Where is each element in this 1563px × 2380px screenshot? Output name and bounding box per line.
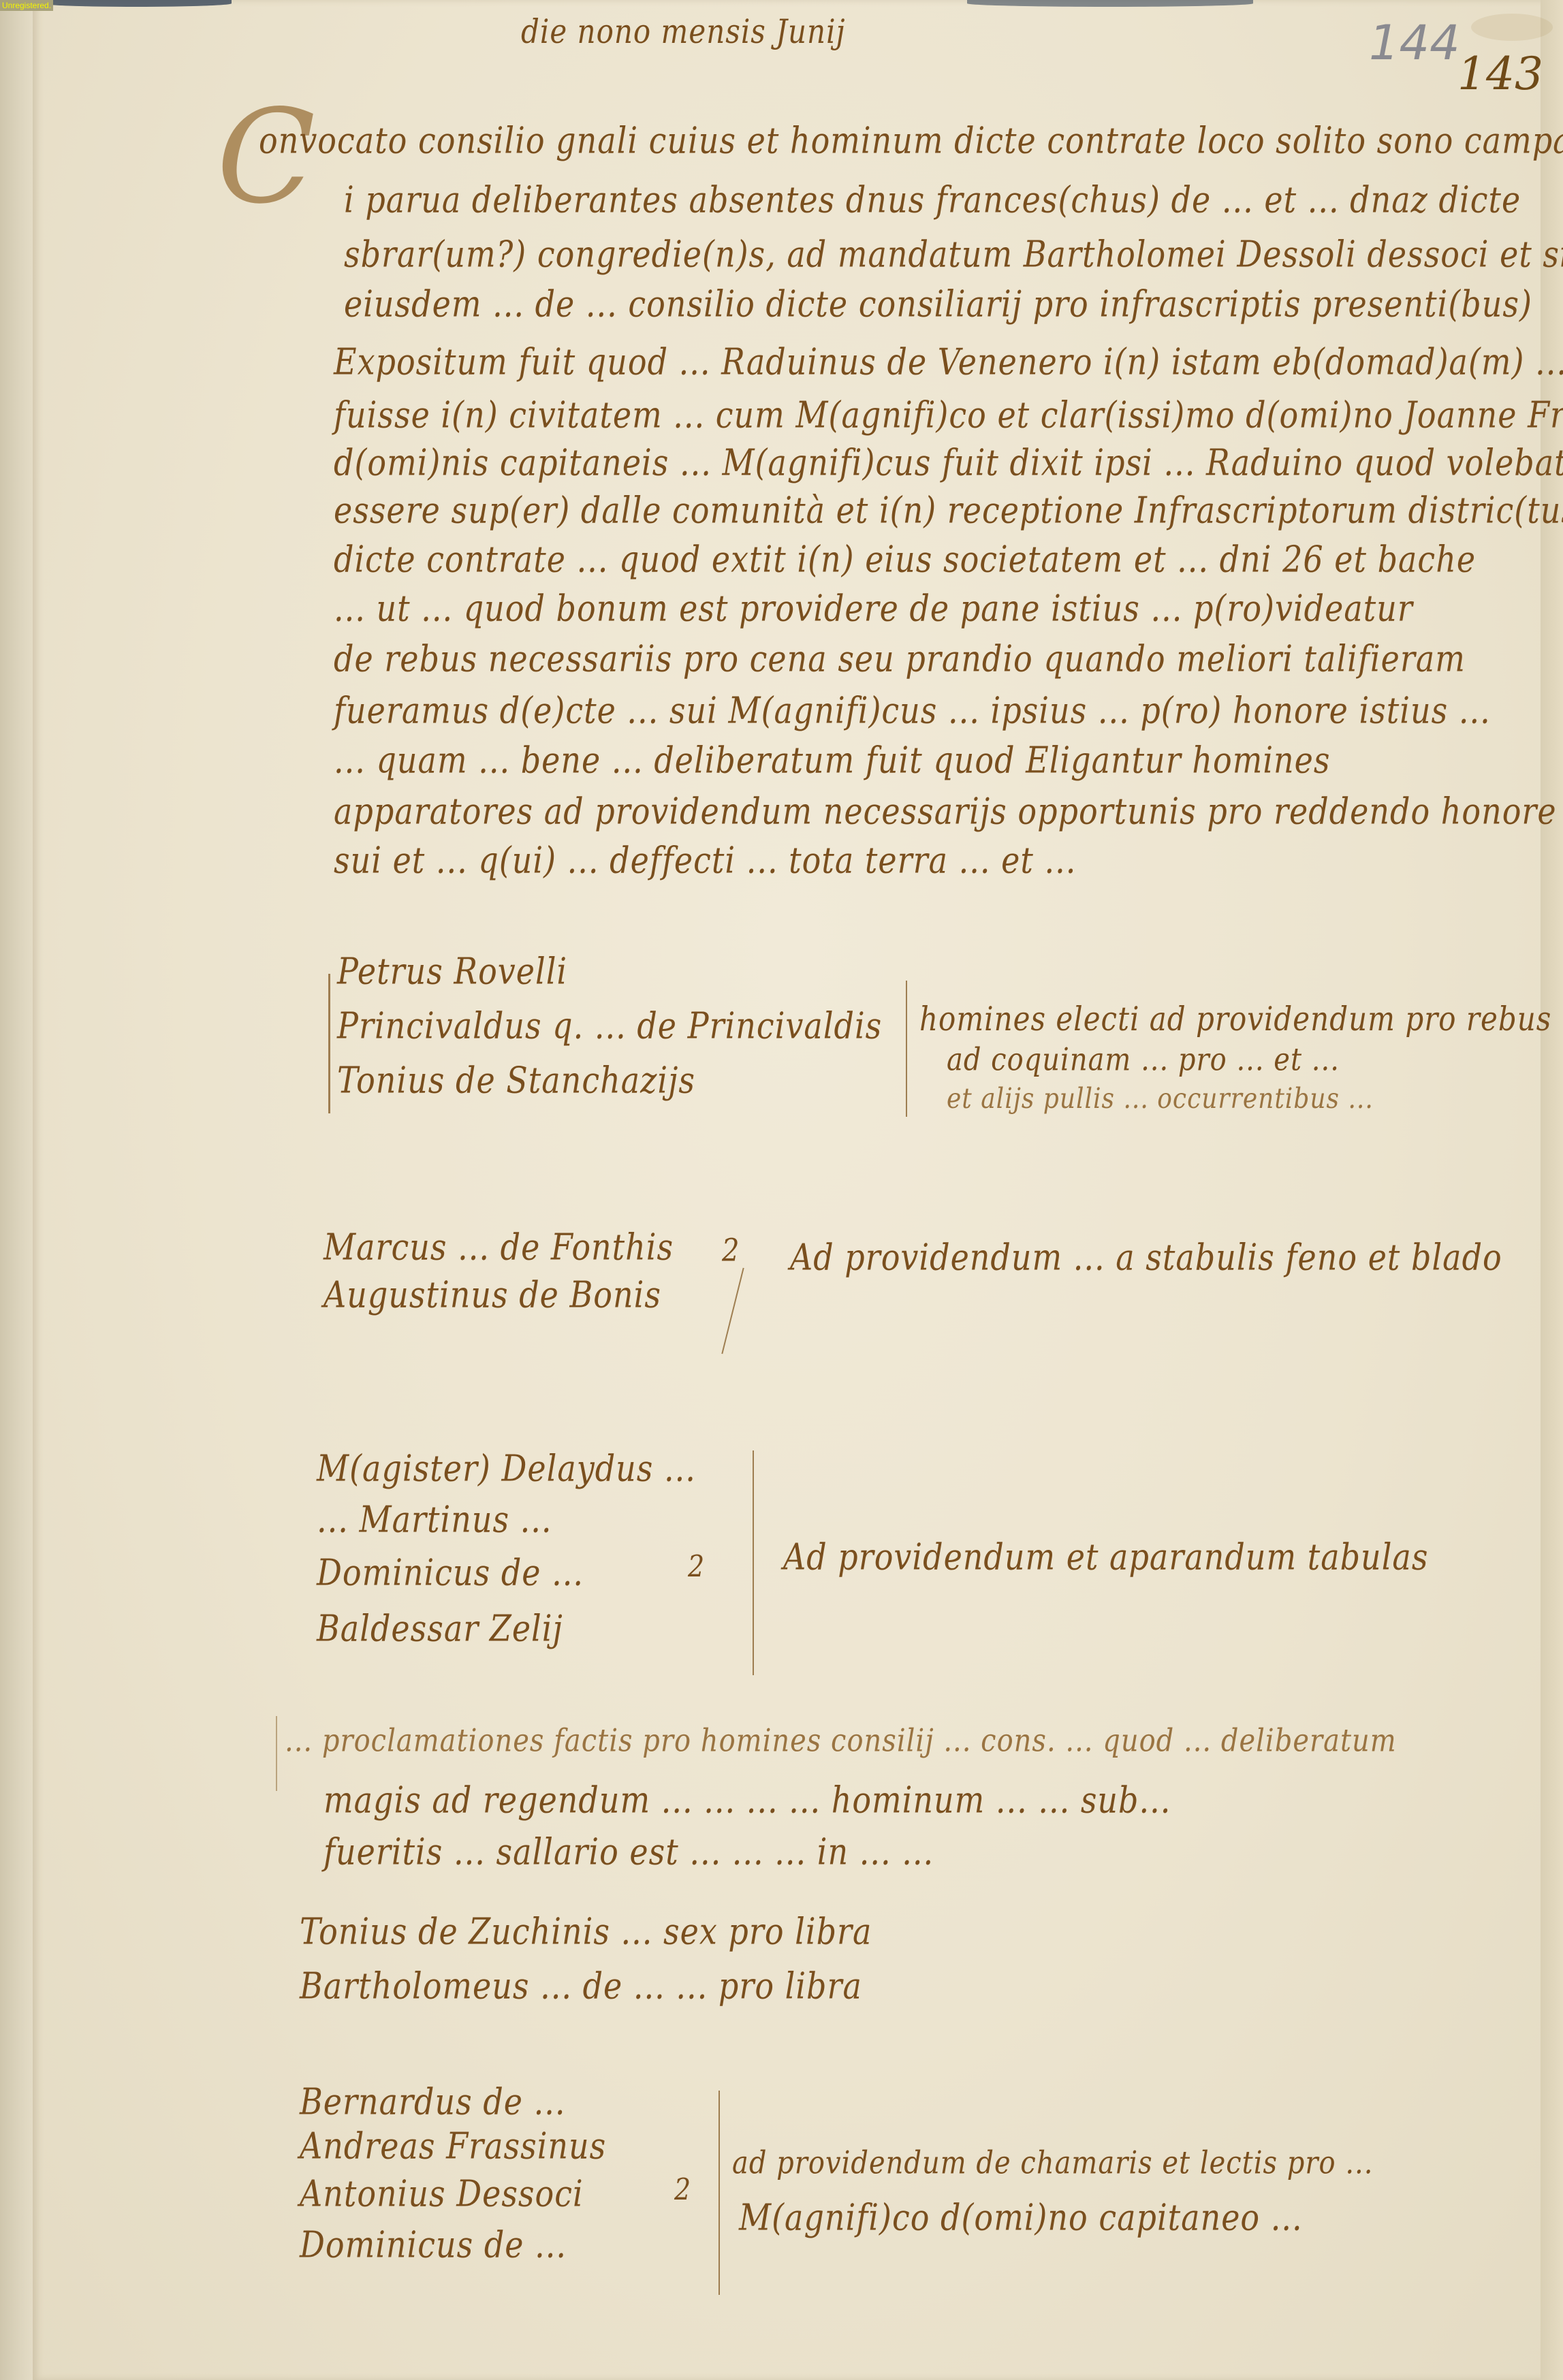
task-description: et alijs pullis ... occurrentibus ...	[947, 1083, 1374, 1115]
appointee-name: M(agister) Delaydus ...	[317, 1447, 696, 1489]
appointee-name: Tonius de Stanchazijs	[337, 1059, 695, 1101]
text-line: onvocato consilio gnali cuius et hominum…	[259, 119, 1563, 161]
text-line: sui et ... q(ui) ... deffecti ... tota t…	[334, 839, 1076, 881]
task-description: Ad providendum et aparandum tabulas	[783, 1536, 1428, 1578]
text-line: magis ad regendum ... ... ... ... hominu…	[323, 1779, 1171, 1821]
list-bracket	[328, 974, 330, 1113]
date-heading: die nono mensis Junij	[521, 12, 846, 50]
appointee-count: 2	[722, 1233, 740, 1269]
appointee-name: Baldessar Zelij	[317, 1607, 563, 1649]
list-divider	[906, 981, 907, 1117]
text-line: ... proclamationes factis pro homines co…	[285, 1723, 1397, 1759]
appointee-name: ... Martinus ...	[317, 1498, 552, 1540]
binding-gutter	[0, 0, 33, 2380]
list-divider	[753, 1450, 754, 1675]
appointee-name: Dominicus de ...	[300, 2223, 567, 2266]
appointee-name: Augustinus de Bonis	[323, 1273, 661, 1316]
appointee-name: Andreas Frassinus	[300, 2125, 606, 2167]
text-line: fuisse i(n) civitatem ... cum M(agnifi)c…	[334, 394, 1563, 436]
text-line: ... ut ... quod bonum est providere de p…	[334, 587, 1413, 629]
unregistered-watermark: Unregistered.	[0, 0, 53, 11]
text-line: sbrar(um?) congredie(n)s, ad mandatum Ba…	[344, 233, 1563, 275]
text-line: fueramus d(e)cte ... sui M(agnifi)cus ..…	[334, 689, 1491, 731]
appointee-name: Marcus ... de Fonthis	[323, 1226, 674, 1268]
list-divider	[719, 2091, 720, 2295]
task-description: ad coquinam ... pro ... et ...	[947, 1042, 1340, 1078]
folio-pencil-number: 144	[1369, 15, 1460, 71]
scan-shadow	[967, 0, 1253, 7]
task-description: homines electi ad providendum pro rebus	[919, 1000, 1551, 1038]
appointee-count: 2	[688, 1549, 705, 1584]
text-line: ... quam ... bene ... deliberatum fuit q…	[334, 739, 1331, 781]
text-line: d(omi)nis capitaneis ... M(agnifi)cus fu…	[334, 441, 1563, 483]
appointee-count: 2	[674, 2172, 691, 2207]
appointee-name: Petrus Rovelli	[337, 950, 567, 992]
task-description: M(agnifi)co d(omi)no capitaneo ...	[739, 2196, 1303, 2238]
task-description: ad providendum de chamaris et lectis pro…	[732, 2145, 1373, 2181]
paper-stain	[1471, 14, 1553, 41]
text-line: Bartholomeus ... de ... ... pro libra	[300, 1965, 862, 2007]
text-line: fueritis ... sallario est ... ... ... in…	[323, 1830, 934, 1873]
task-description: Ad providendum ... a stabulis feno et bl…	[790, 1236, 1502, 1278]
text-line: i parua deliberantes absentes dnus franc…	[344, 178, 1521, 221]
appointee-name: Antonius Dessoci	[300, 2172, 584, 2215]
scan-shadow	[41, 0, 232, 7]
appointee-name: Princivaldus q. ... de Princivaldis	[337, 1004, 882, 1047]
text-line: de rebus necessariis pro cena seu prandi…	[334, 637, 1466, 680]
text-line: Tonius de Zuchinis ... sex pro libra	[300, 1910, 872, 1952]
text-line: apparatores ad providendum necessarijs o…	[334, 790, 1563, 832]
margin-mark	[276, 1716, 277, 1791]
text-line: essere sup(er) dalle comunità et i(n) re…	[334, 489, 1563, 531]
appointee-name: Dominicus de ...	[317, 1551, 584, 1593]
text-line: dicte contrate ... quod extit i(n) eius …	[334, 538, 1476, 580]
appointee-name: Bernardus de ...	[300, 2080, 566, 2123]
folio-ink-number: 143	[1457, 48, 1543, 100]
text-line: eiusdem ... de ... consilio dicte consil…	[344, 283, 1532, 325]
text-line: Expositum fuit quod ... Raduinus de Vene…	[334, 340, 1563, 383]
